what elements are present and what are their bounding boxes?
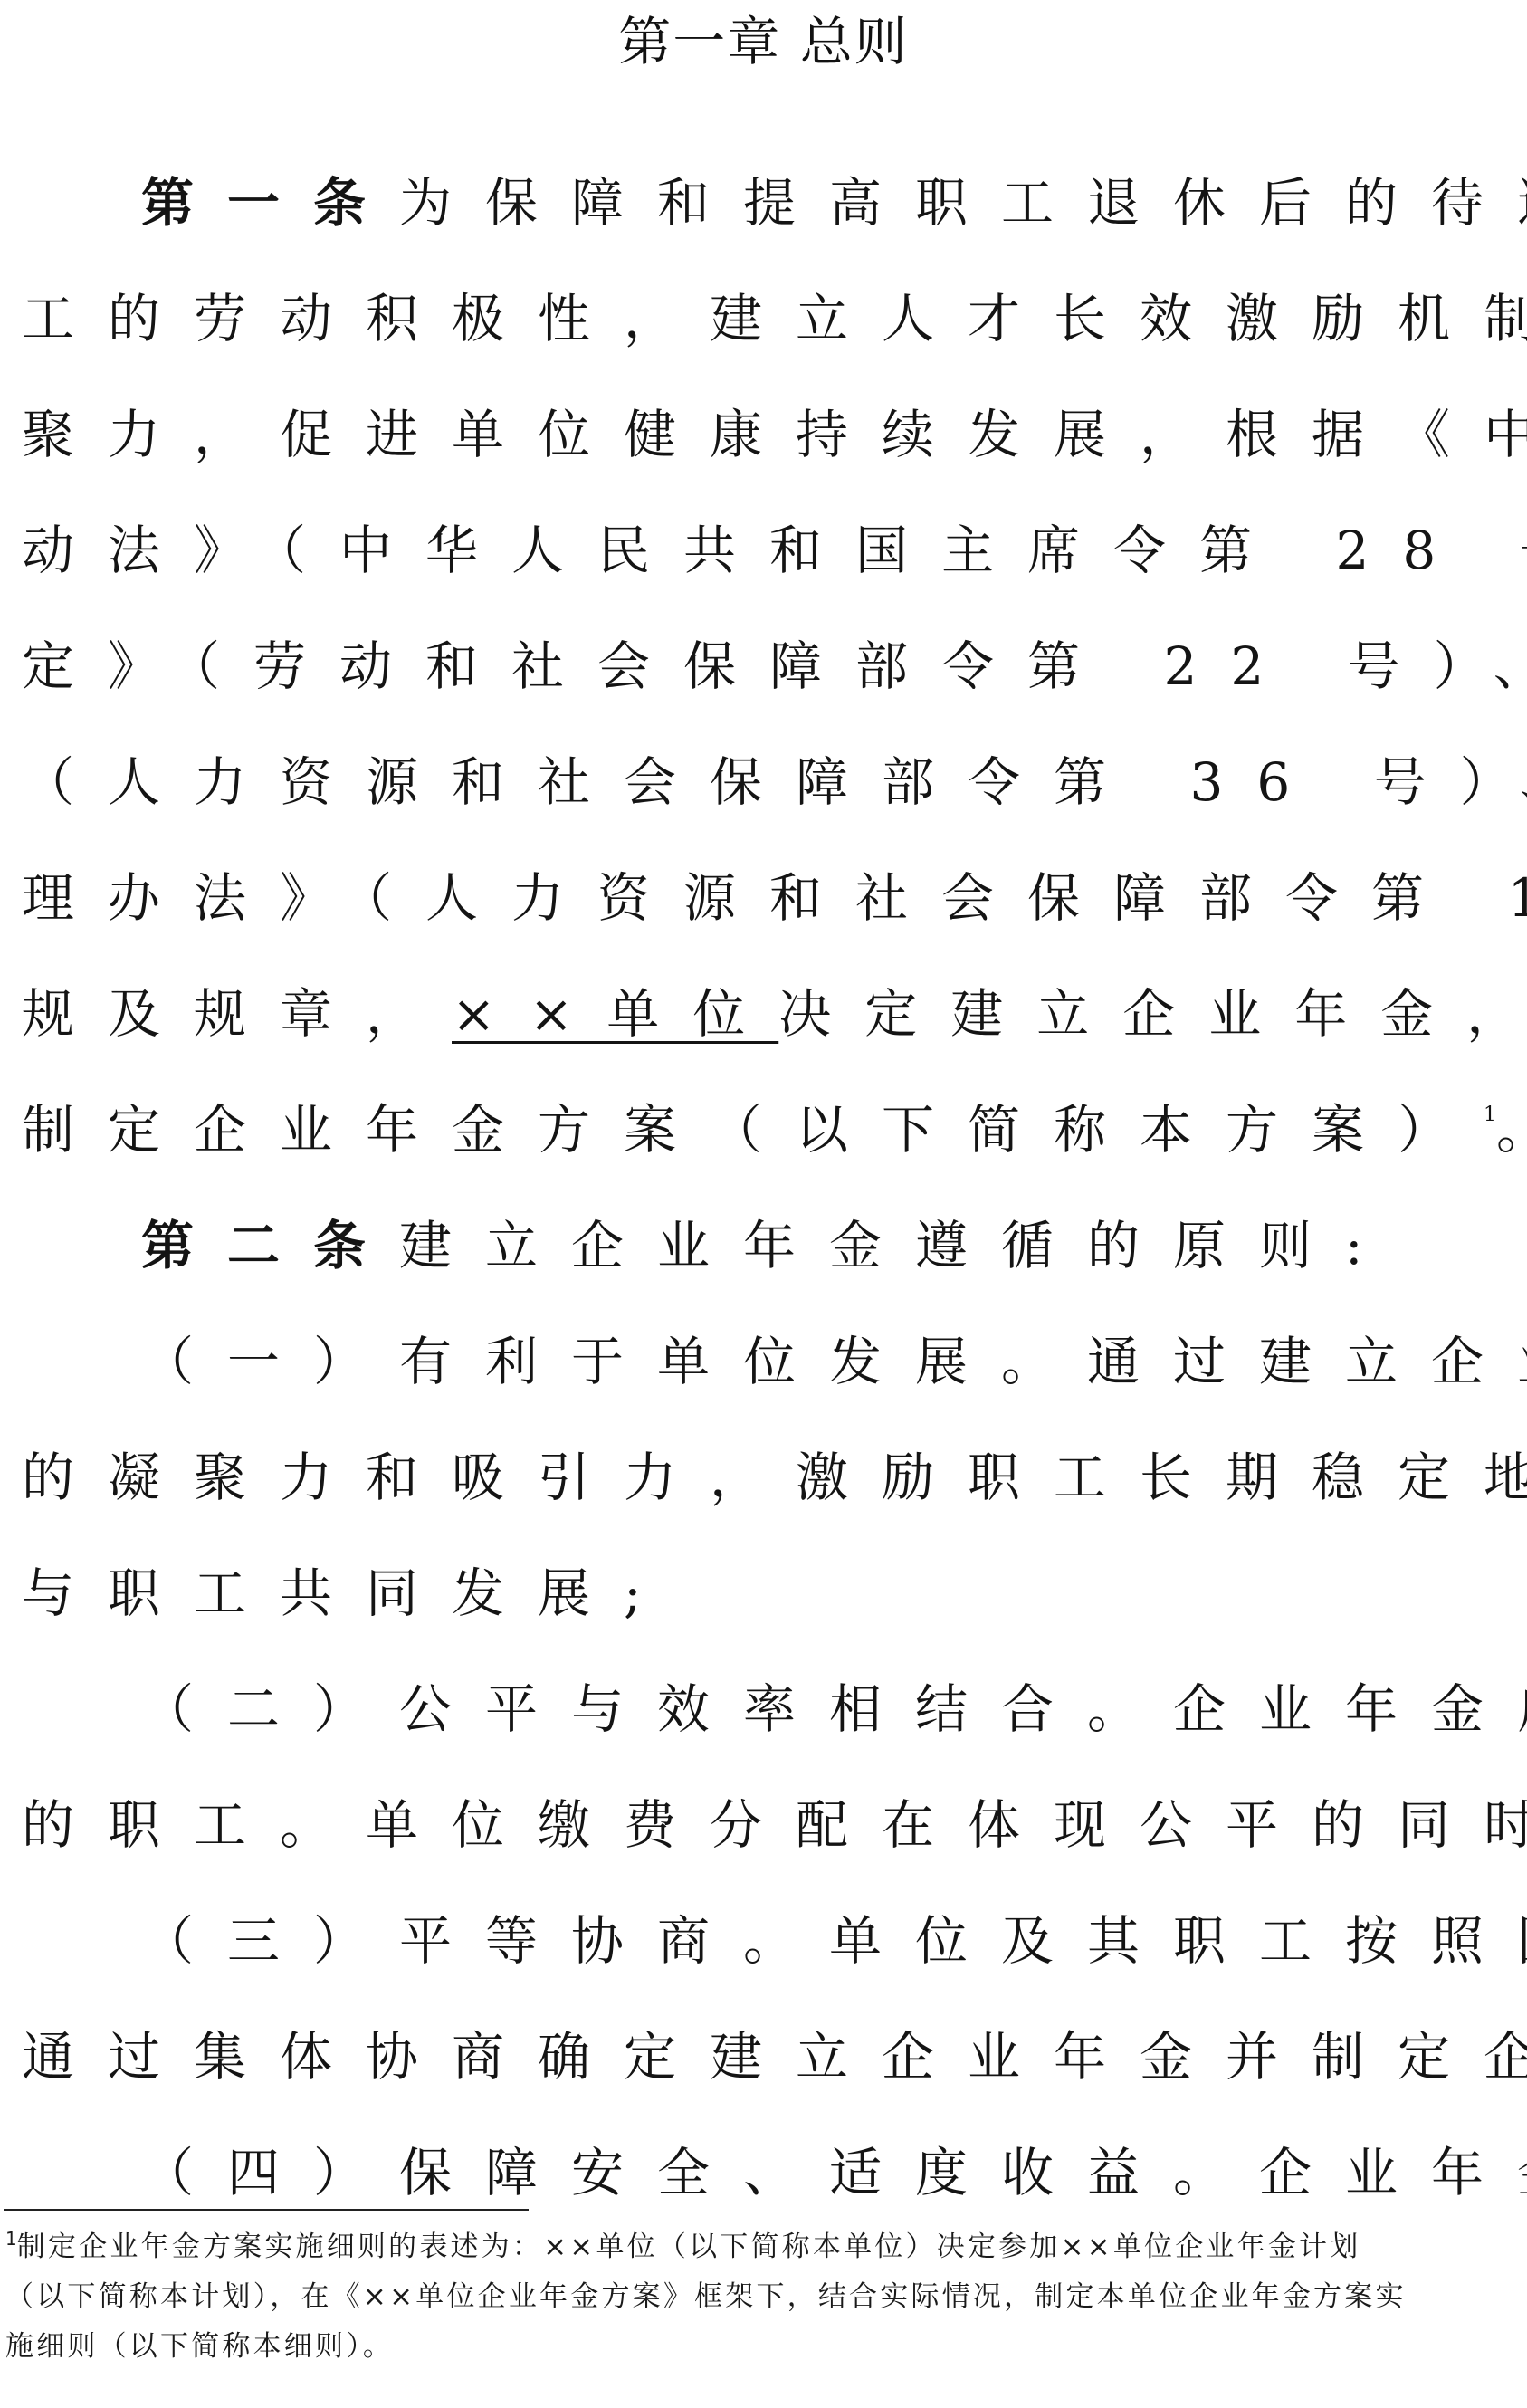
principle-1-line-1: （一）有利于单位发展。通过建立企业年金增强单位 [22,1304,1510,1419]
article-1-text: 为保障和提高职工退休后的待遇水平，调动职 [399,172,1527,234]
footnote-line-1: 1制定企业年金方案实施细则的表述为：××单位（以下简称本单位）决定参加××单位企… [5,2222,1517,2272]
footnote-separator [4,2209,529,2211]
footnote: 1制定企业年金方案实施细则的表述为：××单位（以下简称本单位）决定参加××单位企… [5,2222,1517,2372]
unit-name-placeholder: ××单位 [452,983,778,1045]
article-1-line-8: 规及规章，××单位决定建立企业年金，并结合实际情况， [22,956,1510,1072]
article-1-line-6: （人力资源和社会保障部令第 36 号）、《企业年金基金管 [22,724,1510,840]
article-1-line-4: 动法》（中华人民共和国主席令第 28 号）、《集体合同规 [22,492,1510,608]
article-1-line-5: 定》（劳动和社会保障部令第 22 号）、《企业年金办法》 [22,608,1510,724]
principle-3-line-1: （三）平等协商。单位及其职工按照国家相关规定， [22,1883,1510,1999]
article-1-line-1: 第一条为保障和提高职工退休后的待遇水平，调动职 [22,145,1510,261]
footnote-line-2: （以下简称本计划），在《××单位企业年金方案》框架下，结合实际情况，制定本单位企… [5,2272,1517,2322]
article-1-line-9-text: 制定企业年金方案（以下简称本方案） [22,1099,1484,1161]
principle-1-line-3: 与职工共同发展; [22,1535,1510,1651]
footnote-line-1-text: 制定企业年金方案实施细则的表述为：××单位（以下简称本单位）决定参加××单位企业… [17,2231,1361,2263]
article-2-line-1: 第二条建立企业年金遵循的原则: [22,1188,1510,1304]
footnote-line-3: 施细则（以下简称本细则）。 [5,2322,1517,2372]
principle-1-line-2: 的凝聚力和吸引力，激励职工长期稳定地工作，促进单位 [22,1419,1510,1535]
article-1-line-3: 聚力，促进单位健康持续发展，根据《中华人民共和国劳 [22,377,1510,492]
footnote-reference[interactable]: 1 [1484,1104,1496,1126]
article-1-line-9: 制定企业年金方案（以下简称本方案）1。 [22,1072,1510,1188]
principle-3-line-2: 通过集体协商确定建立企业年金并制定企业年金方案; [22,1999,1510,2115]
article-2-label: 第二条 [141,1215,399,1276]
document-page: 第一章 总则 第一条为保障和提高职工退休后的待遇水平，调动职 工的劳动积极性，建… [0,0,1527,2408]
article-2-intro: 建立企业年金遵循的原则: [399,1215,1397,1276]
article-1-line-8-prefix: 规及规章， [22,983,452,1045]
article-1-line-8-suffix: 决定建立企业年金，并结合实际情况， [778,983,1527,1045]
article-1-line-2: 工的劳动积极性，建立人才长效激励机制，增强单位的凝 [22,261,1510,377]
principle-2-line-2: 的职工。单位缴费分配在体现公平的同时兼顾效率; [22,1767,1510,1883]
document-body: 第一条为保障和提高职工退休后的待遇水平，调动职 工的劳动积极性，建立人才长效激励… [22,145,1510,2231]
article-1-line-9-end: 。 [1496,1099,1527,1161]
chapter-title: 第一章 总则 [0,7,1527,76]
principle-2-line-1: （二）公平与效率相结合。企业年金应覆盖符合条件 [22,1651,1510,1767]
footnote-marker: 1 [5,2228,17,2250]
article-1-label: 第一条 [141,172,399,234]
principle-4-line-1: （四）保障安全、适度收益。企业年金基金的管理严 [22,2115,1510,2231]
article-1-line-7: 理办法》（人力资源和社会保障部令第 11 号）等法律、法 [22,840,1510,956]
